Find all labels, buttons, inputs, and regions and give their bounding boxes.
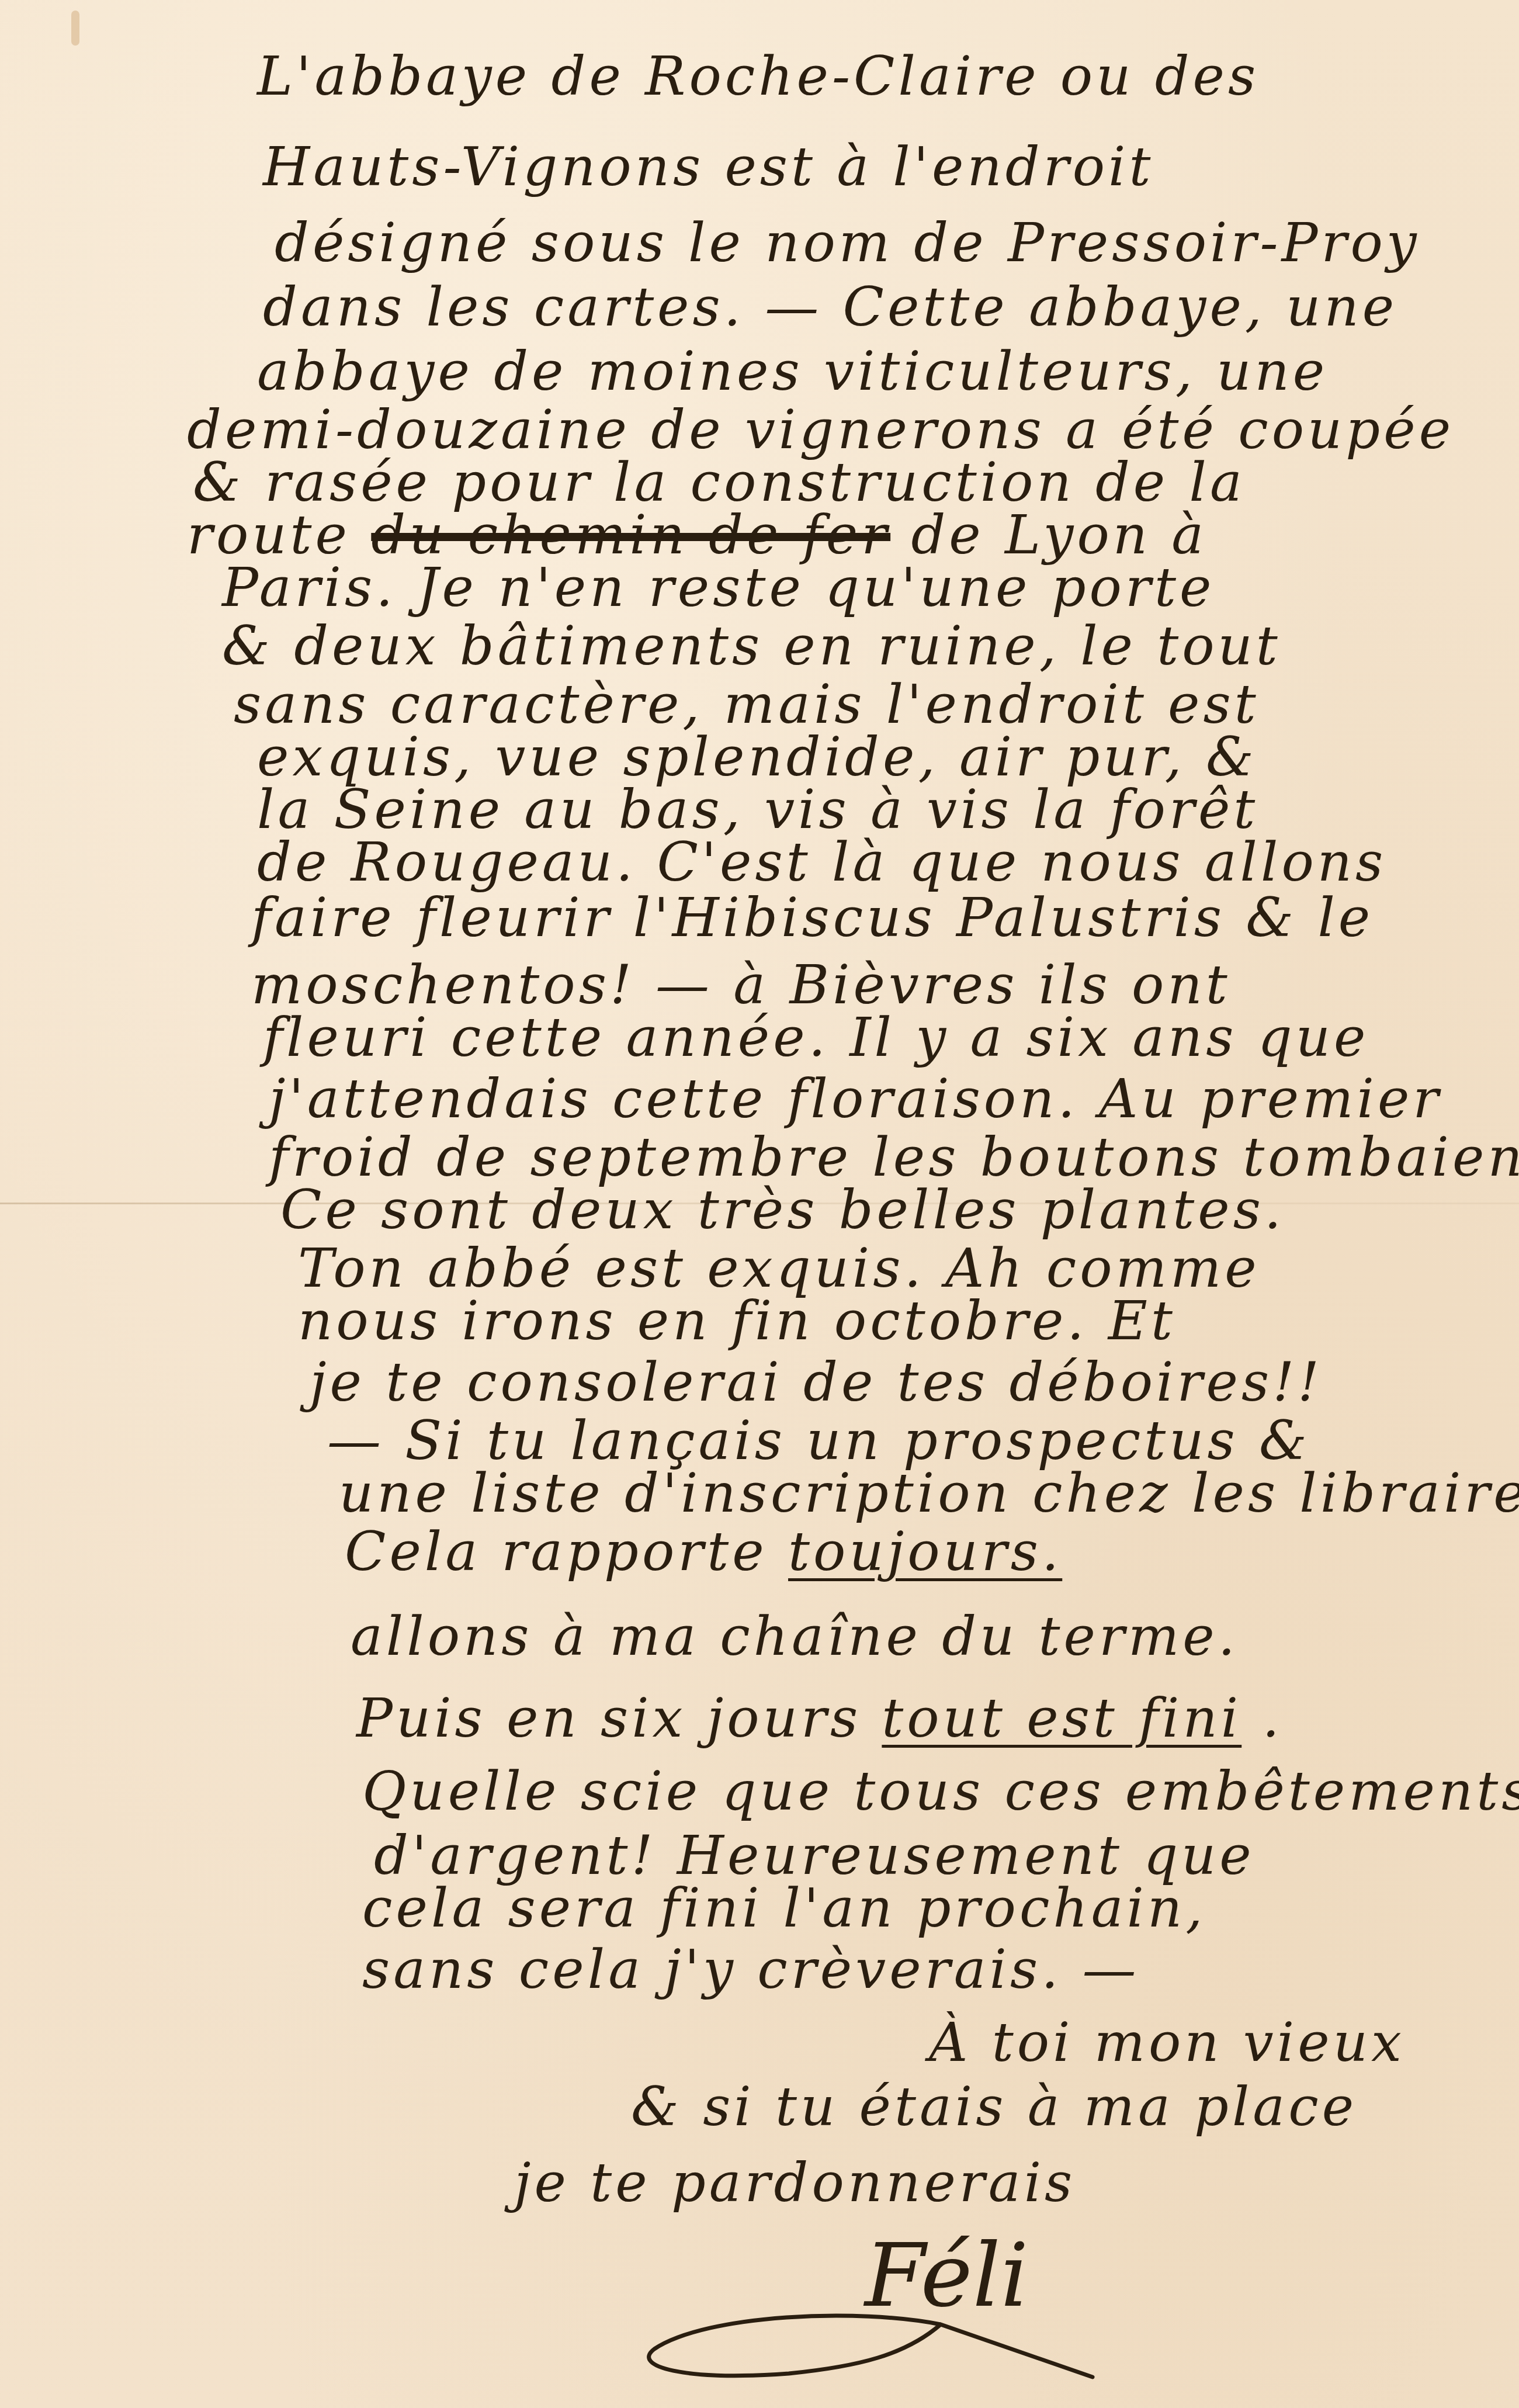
letter-page: L'abbaye de Roche-Claire ou desHauts-Vig… — [0, 0, 1519, 2408]
line-text: j'attendais cette floraison. Au premier — [269, 1068, 1442, 1130]
handwritten-line: de Rougeau. C'est là que nous allons — [257, 836, 1386, 889]
handwritten-line: demi-douzaine de vignerons a été coupée — [187, 403, 1454, 457]
handwritten-line: & rasée pour la construction de la — [193, 456, 1246, 510]
underlined-text: tout est fini — [882, 1687, 1241, 1749]
line-text: Puis en six jours — [356, 1687, 861, 1749]
line-text: nous irons en fin octobre. Et — [298, 1290, 1176, 1352]
line-text: je te pardonnerais — [514, 2151, 1076, 2214]
handwritten-line: d'argent! Heureusement que — [374, 1829, 1255, 1883]
line-text: fleuri cette année. Il y a six ans que — [263, 1006, 1369, 1069]
line-text: sans cela j'y crèverais. — — [362, 1938, 1140, 2001]
line-text: désigné sous le nom de Pressoir-Proy — [275, 212, 1420, 274]
line-text: je te consolerai de tes déboires!! — [310, 1351, 1323, 1413]
handwritten-line: — Si tu lançais un prospectus & — [327, 1414, 1310, 1468]
underlined-text: toujours. — [788, 1520, 1062, 1583]
signature: Féli — [865, 2232, 1029, 2320]
handwritten-line: Quelle scie que tous ces embêtements — [362, 1765, 1519, 1818]
handwritten-line: Ton abbé est exquis. Ah comme — [298, 1242, 1260, 1295]
line-text: Paris. Je n'en reste qu'une porte — [222, 556, 1215, 619]
line-text: allons à ma chaîne du terme. — [351, 1605, 1239, 1668]
line-text: Ce sont deux très belles plantes. — [280, 1179, 1285, 1241]
line-text: & si tu étais à ma place — [631, 2076, 1357, 2138]
line-text: une liste d'inscription chez les librair… — [339, 1462, 1519, 1525]
line-text: dans les cartes. — Cette abbaye, une — [263, 276, 1397, 338]
handwritten-line: moschentos! — à Bièvres ils ont — [251, 958, 1231, 1012]
handwritten-line: j'attendais cette floraison. Au premier — [269, 1072, 1442, 1126]
handwritten-line: fleuri cette année. Il y a six ans que — [263, 1011, 1369, 1065]
handwritten-line: nous irons en fin octobre. Et — [298, 1294, 1176, 1348]
handwritten-line: sans cela j'y crèverais. — — [362, 1943, 1140, 1997]
line-text: de Rougeau. C'est là que nous allons — [257, 831, 1386, 893]
line-punctuation: . — [1262, 1687, 1282, 1749]
line-text: Cela rapporte — [345, 1520, 768, 1583]
handwritten-line: À toi mon vieux — [929, 2016, 1405, 2070]
handwritten-line: Hauts-Vignons est à l'endroit — [263, 140, 1154, 194]
handwritten-line: Cela rapporte toujours. — [345, 1525, 1062, 1579]
line-text: cela sera fini l'an prochain, — [362, 1877, 1206, 1939]
handwritten-line: désigné sous le nom de Pressoir-Proy — [275, 216, 1420, 270]
handwritten-line: Ce sont deux très belles plantes. — [280, 1183, 1285, 1237]
line-text: L'abbaye de Roche-Claire ou des — [257, 45, 1259, 108]
handwritten-line: Puis en six jours tout est fini . — [356, 1692, 1283, 1745]
handwritten-line: froid de septembre les boutons tombaient — [269, 1131, 1519, 1184]
handwritten-line: dans les cartes. — Cette abbaye, une — [263, 280, 1397, 334]
line-text: & deux bâtiments en ruine, le tout — [222, 615, 1281, 677]
handwritten-line: sans caractère, mais l'endroit est — [234, 678, 1260, 732]
handwritten-line: L'abbaye de Roche-Claire ou des — [257, 50, 1259, 103]
line-text: Quelle scie que tous ces embêtements — [362, 1760, 1519, 1823]
signature-flourish-icon — [637, 2308, 1139, 2384]
handwritten-line: Paris. Je n'en reste qu'une porte — [222, 561, 1215, 615]
handwritten-line: route du chemin de fer de Lyon à — [187, 508, 1207, 562]
line-text: abbaye de moines viticulteurs, une — [257, 340, 1328, 403]
handwritten-line: exquis, vue splendide, air pur, & — [257, 730, 1257, 784]
handwritten-line: une liste d'inscription chez les librair… — [339, 1467, 1519, 1520]
handwritten-line: faire fleurir l'Hibiscus Palustris & le — [251, 891, 1374, 945]
handwritten-line: abbaye de moines viticulteurs, une — [257, 345, 1328, 399]
line-text: faire fleurir l'Hibiscus Palustris & le — [251, 886, 1374, 949]
handwritten-line: allons à ma chaîne du terme. — [351, 1610, 1239, 1664]
handwritten-line: je te pardonnerais — [514, 2156, 1076, 2210]
line-text: À toi mon vieux — [929, 2011, 1405, 2074]
handwritten-line: je te consolerai de tes déboires!! — [310, 1356, 1323, 1409]
handwritten-line: cela sera fini l'an prochain, — [362, 1882, 1206, 1935]
handwritten-line: la Seine au bas, vis à vis la forêt — [257, 783, 1258, 837]
handwritten-line: & deux bâtiments en ruine, le tout — [222, 619, 1281, 673]
line-text: Hauts-Vignons est à l'endroit — [263, 136, 1154, 198]
handwritten-line: & si tu étais à ma place — [631, 2080, 1357, 2134]
paper-stain — [71, 11, 79, 46]
